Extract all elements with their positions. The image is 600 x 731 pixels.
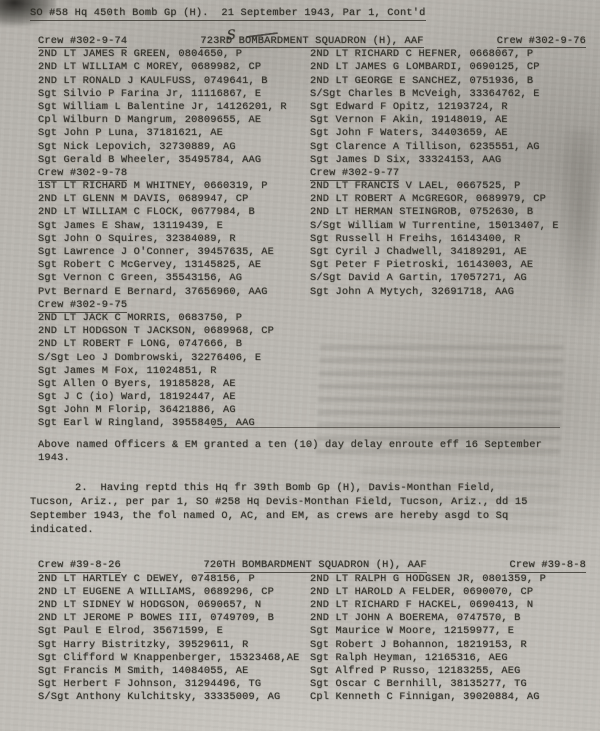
crew-member-row: Sgt John M Florip, 36421886, AG (38, 404, 588, 417)
crew-member-left: S/Sgt Leo J Dombrowski, 32276406, E (38, 352, 310, 365)
crew-member-right: Sgt James D Six, 33324153, AAG (310, 154, 588, 167)
crew-member-left: Sgt John O Squires, 32384089, R (38, 233, 310, 246)
crew-header-right-cell: Crew #302-9-77 (310, 167, 588, 180)
crew-member-right: S/Sgt William W Turrentine, 15013407, E (310, 220, 588, 233)
horizontal-rule-artifact (212, 427, 560, 428)
crew-member-row: Sgt Allen O Byers, 19185828, AE (38, 378, 588, 391)
crew-member-left: Sgt Robert C McGervey, 13145825, AE (38, 259, 310, 272)
crew-member-row: Sgt Harry Bistritzky, 39529611, RSgt Rob… (38, 639, 588, 652)
crew-member-row: Pvt Bernard E Bernard, 37656960, AAGSgt … (38, 286, 588, 299)
crew-block: Crew #302-9-752ND LT JACK C MORRIS, 0683… (38, 299, 588, 431)
crew-member-left: Sgt John P Luna, 37181621, AE (38, 127, 310, 140)
crew-member-left: Sgt Silvio P Farina Jr, 11116867, E (38, 88, 310, 101)
crew-block: Crew #302-9-78Crew #302-9-771ST LT RICHA… (38, 167, 588, 299)
crew-member-row: Sgt Silvio P Farina Jr, 11116867, ES/Sgt… (38, 88, 588, 101)
crew-member-row: 2ND LT HARTLEY C DEWEY, 0748156, P2ND LT… (38, 573, 588, 586)
crew-member-right: 2ND LT RICHARD F HACKEL, 0690413, N (310, 599, 588, 612)
crew-member-left: 2ND LT SIDNEY W HODGSON, 0690657, N (38, 599, 310, 612)
crew-member-left: Sgt Clifford W Knappenberger, 15323468,A… (38, 652, 310, 665)
crew-number-right: Crew #39-8-8 (509, 559, 586, 572)
crew-number-left: Crew #302-9-75 (38, 299, 127, 313)
crew-member-right: Sgt John F Waters, 34403659, AE (310, 127, 588, 140)
crew-header-left-cell: Crew #302-9-78 (38, 167, 310, 180)
crew-member-row: Cpl Wilburn D Mangrum, 20809655, AESgt V… (38, 114, 588, 127)
crew-member-right: Sgt John A Mytych, 32691718, AAG (310, 286, 588, 299)
crew-member-left: 2ND LT WILLIAM C FLOCK, 0677984, B (38, 206, 310, 219)
crew-number-left: Crew #302-9-78 (38, 167, 127, 181)
crew-member-row: 2ND LT JAMES R GREEN, 0804650, P2ND LT R… (38, 48, 588, 61)
crew-member-row: 2ND LT EUGENE A WILLIAMS, 0689296, CP2ND… (38, 586, 588, 599)
crew-member-right: S/Sgt Charles B McVeigh, 33364762, E (310, 88, 588, 101)
crew-member-right: 2ND LT JOHN A BOEREMA, 0747570, B (310, 612, 588, 625)
crew-member-right: 2ND LT RALPH G HODGSEN JR, 0801359, P (310, 573, 588, 586)
crew-member-left: 2ND LT HARTLEY C DEWEY, 0748156, P (38, 573, 310, 586)
crew-member-right: Sgt Clarence A Tillison, 6235551, AG (310, 141, 588, 154)
crew-member-right: 2ND LT GEORGE E SANCHEZ, 0751936, B (310, 75, 588, 88)
crew-member-right (310, 391, 588, 404)
crew-member-left: Sgt James E Shaw, 13119439, E (38, 220, 310, 233)
crew-member-right: Cpl Kenneth C Finnigan, 39020884, AG (310, 691, 588, 704)
crew-member-left: Sgt James M Fox, 11024851, R (38, 365, 310, 378)
scanned-document-page: SO #58 Hq 450th Bomb Gp (H). 21 Septembe… (0, 0, 600, 731)
crew-block: Crew #302-9-74723RD BOMBARDMENT SQUADRON… (38, 35, 588, 167)
crew-header-left-cell: Crew #302-9-75 (38, 299, 310, 312)
crew-member-left: Sgt Vernon C Green, 35543156, AG (38, 272, 310, 285)
crew-member-left: Sgt Nick Lepovich, 32730889, AG (38, 141, 310, 154)
crew-member-left: Sgt Allen O Byers, 19185828, AE (38, 378, 310, 391)
crew-member-right: Sgt Oscar C Bernhill, 38135277, TG (310, 678, 588, 691)
crew-member-left: Sgt Francis M Smith, 14084055, AE (38, 665, 310, 678)
delay-note-paragraph: Above named Officers & EM granted a ten … (38, 439, 558, 466)
squadron-title: 720TH BOMBARDMENT SQUADRON (H), AAF (204, 559, 427, 572)
crew-member-row: 2ND LT JEROME P BOWES III, 0749709, B2ND… (38, 612, 588, 625)
crew-member-row: 2ND LT RONALD J KAULFUSS, 0749641, B2ND … (38, 75, 588, 88)
crew-member-right (310, 404, 588, 417)
crew-block: Crew #39-8-26720TH BOMBARDMENT SQUADRON … (38, 559, 588, 704)
crew-member-left: S/Sgt Anthony Kulchitsky, 33335009, AG (38, 691, 310, 704)
crew-number-left: Crew #39-8-26 (38, 559, 121, 572)
crew-member-left: 2ND LT WILLIAM C MOREY, 0689982, CP (38, 61, 310, 74)
crew-member-right: Sgt Vernon F Akin, 19148019, AE (310, 114, 588, 127)
crew-member-right (310, 312, 588, 325)
crew-block-header: Crew #39-8-26720TH BOMBARDMENT SQUADRON … (38, 559, 588, 572)
crew-member-row: S/Sgt Leo J Dombrowski, 32276406, E (38, 352, 588, 365)
crew-header-right-cell (310, 299, 588, 312)
crew-member-right: Sgt Robert J Bohannon, 18219153, R (310, 639, 588, 652)
crew-member-right: Sgt Cyril J Chadwell, 34189291, AE (310, 246, 588, 259)
crew-member-row: Sgt James M Fox, 11024851, R (38, 365, 588, 378)
crew-member-row: 2ND LT SIDNEY W HODGSON, 0690657, N2ND L… (38, 599, 588, 612)
reassignment-paragraph: 2. Having reptd this Hq fr 39th Bomb Gp … (30, 481, 542, 537)
crew-member-row: Sgt Herbert F Johnson, 31294496, TGSgt O… (38, 678, 588, 691)
crew-member-left: 2ND LT JACK C MORRIS, 0683750, P (38, 312, 310, 325)
crew-member-right (310, 365, 588, 378)
crew-member-right (310, 325, 588, 338)
crew-member-left: Cpl Wilburn D Mangrum, 20809655, AE (38, 114, 310, 127)
crew-member-left: 2ND LT RONALD J KAULFUSS, 0749641, B (38, 75, 310, 88)
crew-member-left: Sgt Gerald B Wheeler, 35495784, AAG (38, 154, 310, 167)
page-title: SO #58 Hq 450th Bomb Gp (H). 21 Septembe… (30, 7, 426, 21)
crew-member-right: S/Sgt David A Gartin, 17057271, AG (310, 272, 588, 285)
crew-roster-upper: Crew #302-9-74723RD BOMBARDMENT SQUADRON… (30, 35, 588, 431)
crew-member-row: Sgt Earl W Ringland, 39558405, AAG (38, 417, 588, 430)
crew-member-row: Sgt Clifford W Knappenberger, 15323468,A… (38, 652, 588, 665)
crew-member-right: Sgt Edward F Opitz, 12193724, R (310, 101, 588, 114)
crew-member-right: 2ND LT JAMES G LOMBARDI, 0690125, CP (310, 61, 588, 74)
crew-member-left: 2ND LT JAMES R GREEN, 0804650, P (38, 48, 310, 61)
crew-member-row: Sgt Francis M Smith, 14084055, AESgt Alf… (38, 665, 588, 678)
crew-member-row: 2ND LT WILLIAM C MOREY, 0689982, CP2ND L… (38, 61, 588, 74)
crew-member-right: 2ND LT HERMAN STEINGROB, 0752630, B (310, 206, 588, 219)
squadron-title: 723RD BOMBARDMENT SQUADRON (H), AAF (200, 35, 423, 48)
crew-member-left: 2ND LT EUGENE A WILLIAMS, 0689296, CP (38, 586, 310, 599)
crew-block-header: Crew #302-9-75 (38, 299, 588, 312)
crew-member-left: 2ND LT ROBERT F LONG, 0747666, B (38, 338, 310, 351)
crew-block-header: Crew #302-9-74723RD BOMBARDMENT SQUADRON… (38, 35, 588, 48)
crew-member-left: 2ND LT GLENN M DAVIS, 0689947, CP (38, 193, 310, 206)
crew-member-row: Sgt Lawrence J O'Conner, 39457635, AESgt… (38, 246, 588, 259)
crew-member-left: 2ND LT HODGSON T JACKSON, 0689968, CP (38, 325, 310, 338)
crew-member-row: Sgt William L Balentine Jr, 14126201, RS… (38, 101, 588, 114)
crew-number-right: Crew #302-9-77 (310, 167, 399, 181)
crew-member-right (310, 378, 588, 391)
crew-member-right: Sgt Alfred P Russo, 12183255, AEG (310, 665, 588, 678)
crew-member-row: Sgt J C (io) Ward, 18192447, AE (38, 391, 588, 404)
crew-member-left: 2ND LT JEROME P BOWES III, 0749709, B (38, 612, 310, 625)
crew-member-left: 1ST LT RICHARD M WHITNEY, 0660319, P (38, 180, 310, 193)
crew-member-left: Sgt J C (io) Ward, 18192447, AE (38, 391, 310, 404)
crew-member-row: 2ND LT JACK C MORRIS, 0683750, P (38, 312, 588, 325)
crew-member-row: Sgt Gerald B Wheeler, 35495784, AAGSgt J… (38, 154, 588, 167)
crew-member-right: 2ND LT FRANCIS V LAEL, 0667525, P (310, 180, 588, 193)
crew-member-left: Sgt Paul E Elrod, 35671599, E (38, 625, 310, 638)
crew-member-row: Sgt John P Luna, 37181621, AESgt John F … (38, 127, 588, 140)
crew-member-right: 2ND LT ROBERT A McGREGOR, 0689979, CP (310, 193, 588, 206)
document-header-line: SO #58 Hq 450th Bomb Gp (H). 21 Septembe… (30, 6, 588, 20)
crew-member-right: Sgt Ralph Heyman, 12165316, AEG (310, 652, 588, 665)
crew-member-row: Sgt John O Squires, 32384089, RSgt Russe… (38, 233, 588, 246)
crew-member-right: 2ND LT HAROLD A FELDER, 0690070, CP (310, 586, 588, 599)
crew-member-right (310, 352, 588, 365)
crew-member-row: 1ST LT RICHARD M WHITNEY, 0660319, P2ND … (38, 180, 588, 193)
crew-member-row: Sgt Nick Lepovich, 32730889, AGSgt Clare… (38, 141, 588, 154)
crew-member-row: Sgt Robert C McGervey, 13145825, AESgt P… (38, 259, 588, 272)
crew-block-header: Crew #302-9-78Crew #302-9-77 (38, 167, 588, 180)
crew-member-row: 2ND LT WILLIAM C FLOCK, 0677984, B2ND LT… (38, 206, 588, 219)
crew-member-right: Sgt Russell H Freihs, 16143400, R (310, 233, 588, 246)
crew-member-row: 2ND LT HODGSON T JACKSON, 0689968, CP (38, 325, 588, 338)
crew-member-right (310, 338, 588, 351)
crew-member-left: Pvt Bernard E Bernard, 37656960, AAG (38, 286, 310, 299)
crew-member-left: Sgt Lawrence J O'Conner, 39457635, AE (38, 246, 310, 259)
crew-member-right: 2ND LT RICHARD C HEFNER, 0668067, P (310, 48, 588, 61)
crew-member-row: 2ND LT GLENN M DAVIS, 0689947, CP2ND LT … (38, 193, 588, 206)
crew-member-row: 2ND LT ROBERT F LONG, 0747666, B (38, 338, 588, 351)
crew-number-left: Crew #302-9-74 (38, 35, 127, 48)
crew-member-right: Sgt Peter F Pietroski, 16143003, AE (310, 259, 588, 272)
crew-member-left: Sgt John M Florip, 36421886, AG (38, 404, 310, 417)
crew-member-row: S/Sgt Anthony Kulchitsky, 33335009, AGCp… (38, 691, 588, 704)
crew-member-row: Sgt Vernon C Green, 35543156, AGS/Sgt Da… (38, 272, 588, 285)
crew-member-left: Sgt Earl W Ringland, 39558405, AAG (38, 417, 310, 430)
crew-member-left: Sgt William L Balentine Jr, 14126201, R (38, 101, 310, 114)
crew-member-right: Sgt Maurice W Moore, 12159977, E (310, 625, 588, 638)
crew-member-row: Sgt James E Shaw, 13119439, ES/Sgt Willi… (38, 220, 588, 233)
crew-member-left: Sgt Harry Bistritzky, 39529611, R (38, 639, 310, 652)
crew-member-left: Sgt Herbert F Johnson, 31294496, TG (38, 678, 310, 691)
crew-number-right: Crew #302-9-76 (497, 35, 586, 48)
crew-member-row: Sgt Paul E Elrod, 35671599, ESgt Maurice… (38, 625, 588, 638)
crew-member-right (310, 417, 588, 430)
crew-roster-lower: Crew #39-8-26720TH BOMBARDMENT SQUADRON … (30, 559, 588, 704)
